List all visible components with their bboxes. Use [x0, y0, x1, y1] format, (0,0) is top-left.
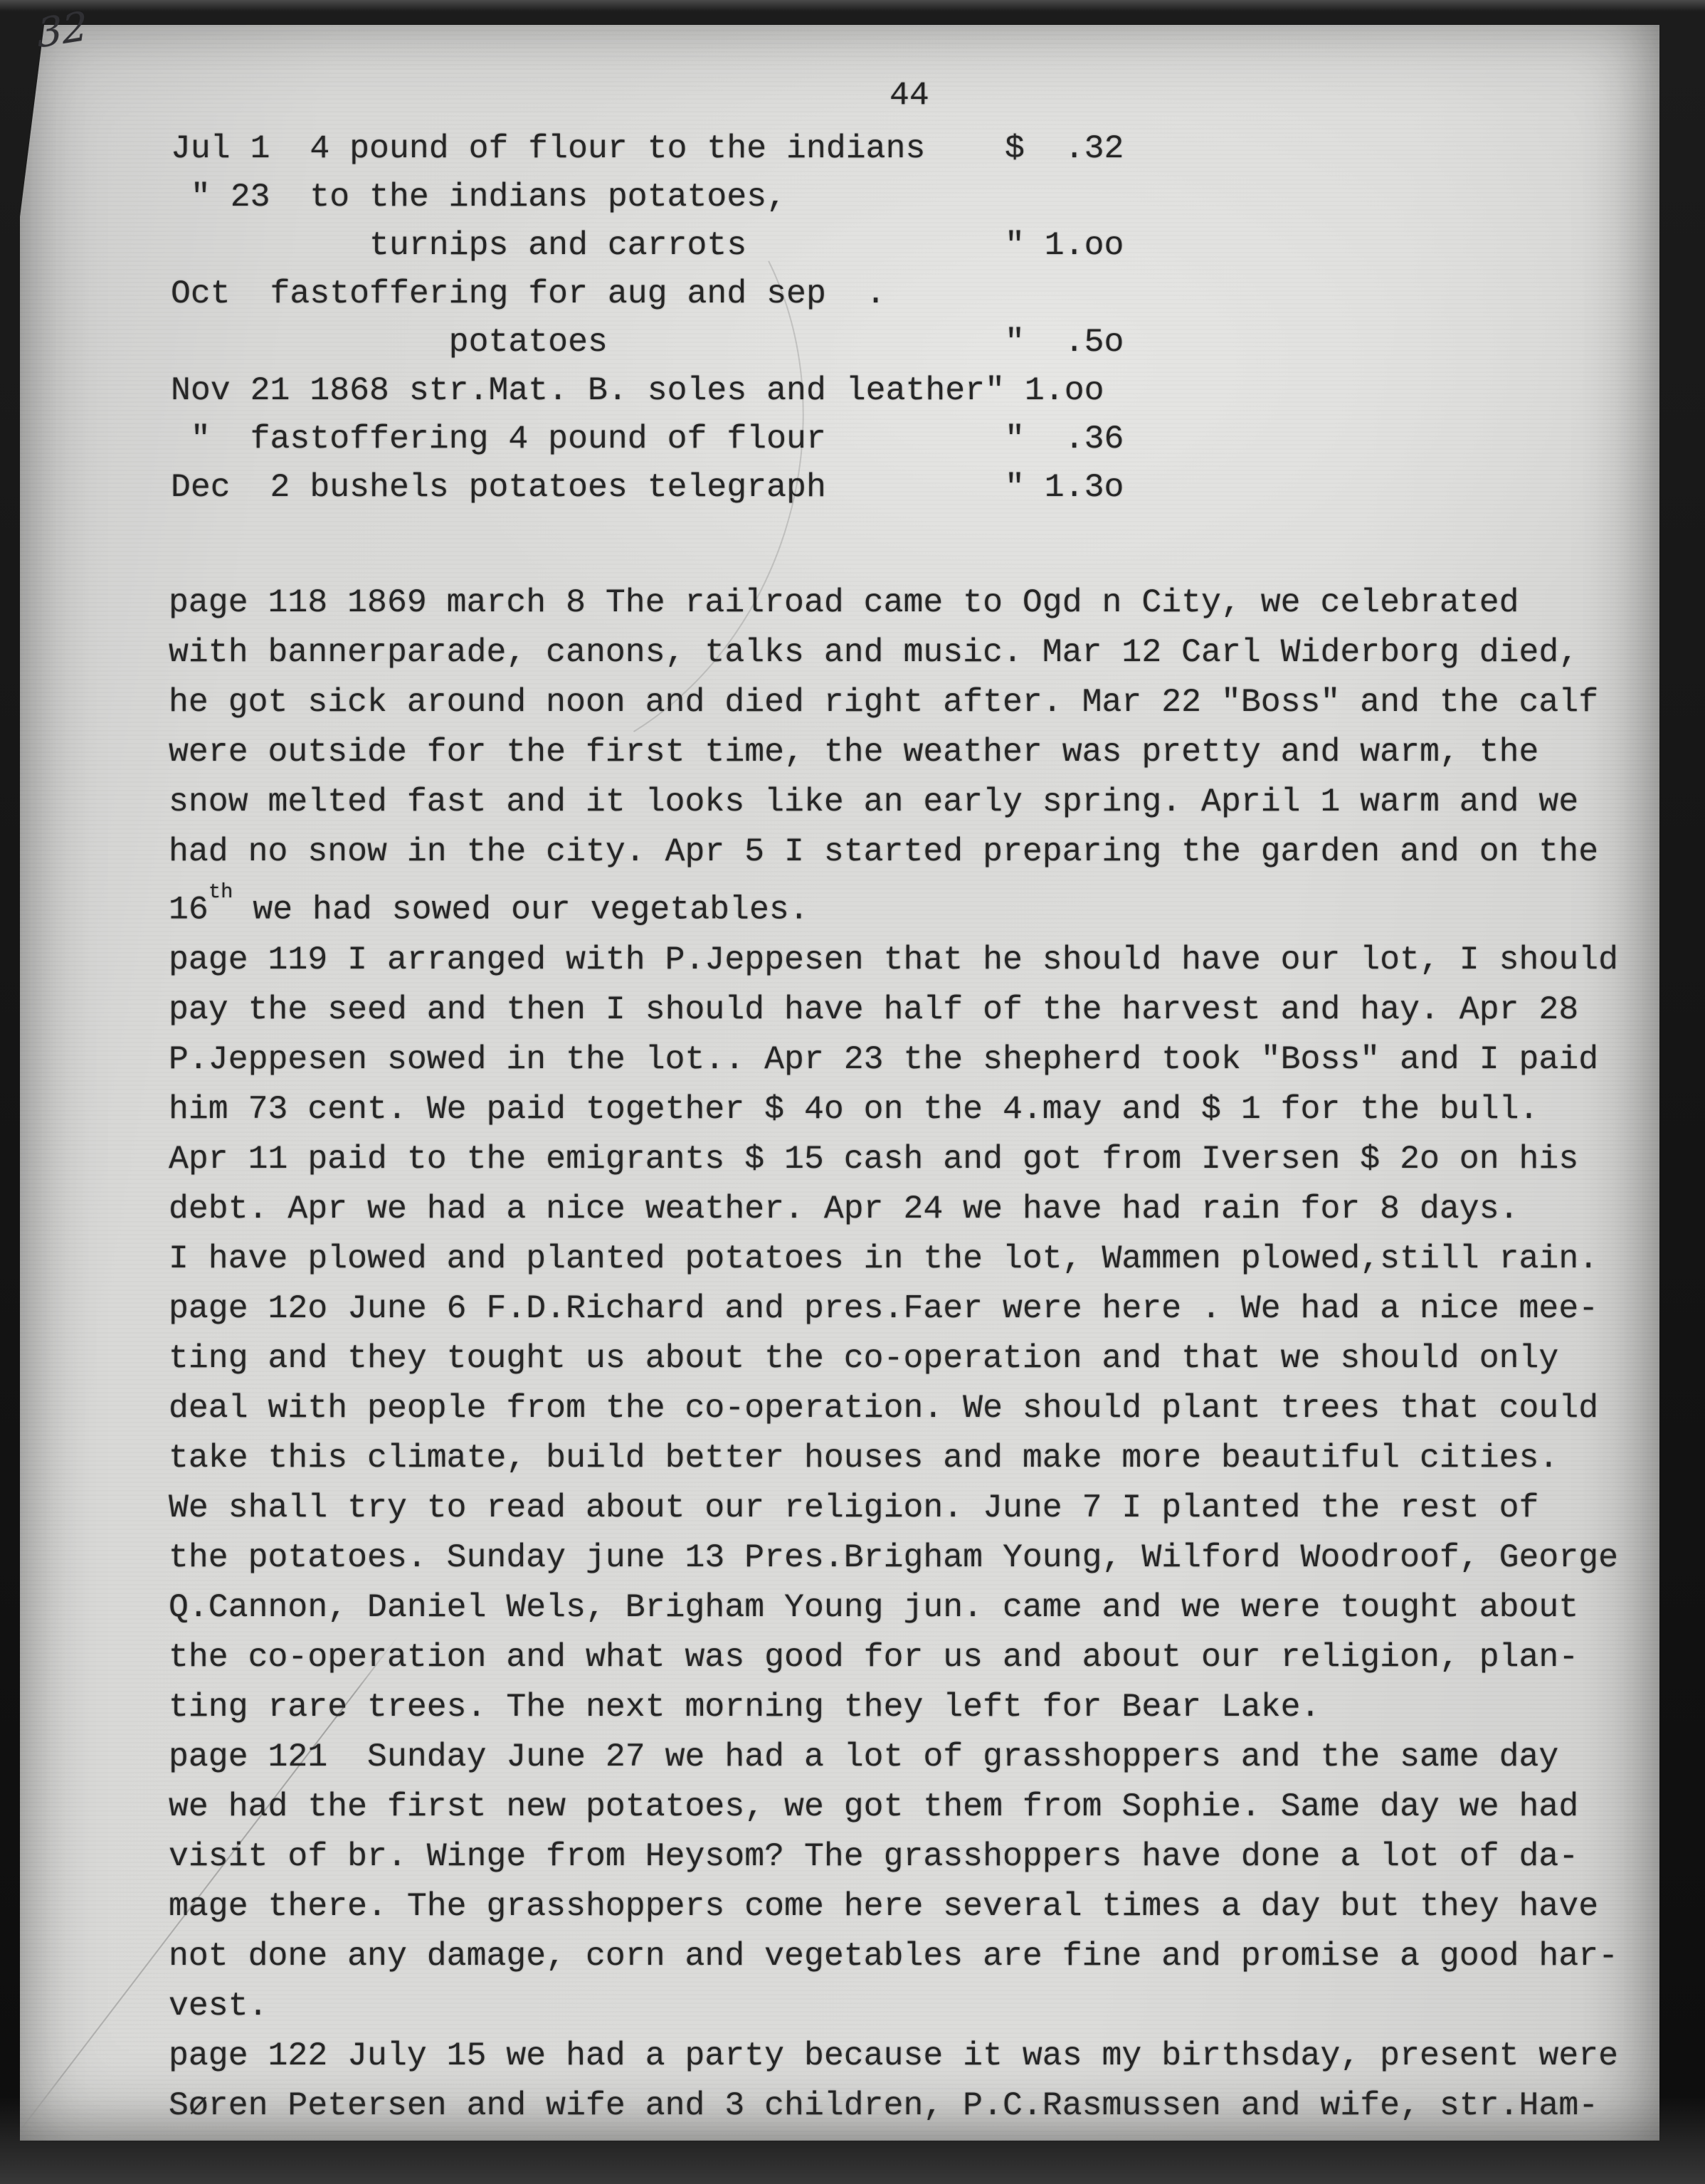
journal-line: were outside for the first time, the wea… — [169, 727, 1618, 777]
journal-line: page 118 1869 march 8 The railroad came … — [169, 578, 1618, 628]
ledger-line: turnips and carrots " 1.oo — [171, 221, 1124, 270]
ledger-line: " 23 to the indians potatoes, — [171, 173, 1124, 221]
journal-line: page 12o June 6 F.D.Richard and pres.Fae… — [169, 1284, 1618, 1334]
journal-line: I have plowed and planted potatoes in th… — [169, 1234, 1618, 1284]
journal-line: P.Jeppesen sowed in the lot.. Apr 23 the… — [169, 1035, 1618, 1085]
journal-line: ting rare trees. The next morning they l… — [169, 1682, 1618, 1732]
journal-line: the potatoes. Sunday june 13 Pres.Brigha… — [169, 1533, 1618, 1583]
journal-line: mage there. The grasshoppers come here s… — [169, 1882, 1618, 1931]
journal-line: visit of br. Winge from Heysom? The gras… — [169, 1832, 1618, 1882]
journal-line: not done any damage, corn and vegetables… — [169, 1931, 1618, 1981]
journal-line: he got sick around noon and died right a… — [169, 677, 1618, 727]
journal-line: take this climate, build better houses a… — [169, 1433, 1618, 1483]
ledger-line: " fastoffering 4 pound of flour " .36 — [171, 415, 1124, 463]
journal-line: Søren Petersen and wife and 3 children, … — [169, 2081, 1618, 2131]
journal-line: 16th we had sowed our vegetables. — [169, 877, 1618, 935]
journal-line: Q.Cannon, Daniel Wels, Brigham Young jun… — [169, 1583, 1618, 1632]
ledger-line: Oct fastoffering for aug and sep . — [171, 270, 1124, 318]
ledger-section: Jul 1 4 pound of flour to the indians $ … — [171, 125, 1124, 512]
typed-page-number: 44 — [890, 71, 929, 120]
journal-line: ting and they tought us about the co-ope… — [169, 1334, 1618, 1383]
ledger-line: Jul 1 4 pound of flour to the indians $ … — [171, 125, 1124, 173]
journal-line: we had the first new potatoes, we got th… — [169, 1782, 1618, 1832]
journal-line: page 121 Sunday June 27 we had a lot of … — [169, 1732, 1618, 1782]
journal-line: the co-operation and what was good for u… — [169, 1632, 1618, 1682]
journal-line: Apr 11 paid to the emigrants $ 15 cash a… — [169, 1134, 1618, 1184]
journal-line: page 122 July 15 we had a party because … — [169, 2031, 1618, 2081]
journal-line: had no snow in the city. Apr 5 I started… — [169, 827, 1618, 877]
scan-frame: 32 44 Jul 1 4 pound of flour to the indi… — [0, 0, 1705, 2184]
ledger-line: potatoes " .5o — [171, 318, 1124, 366]
journal-line: snow melted fast and it looks like an ea… — [169, 777, 1618, 827]
journal-line: with bannerparade, canons, talks and mus… — [169, 628, 1618, 677]
journal-line: pay the seed and then I should have half… — [169, 985, 1618, 1035]
ledger-line: Nov 21 1868 str.Mat. B. soles and leathe… — [171, 366, 1124, 415]
superscript: th — [208, 880, 233, 904]
journal-line: debt. Apr we had a nice weather. Apr 24 … — [169, 1184, 1618, 1234]
journal-text: page 118 1869 march 8 The railroad came … — [169, 578, 1618, 2131]
journal-line: deal with people from the co-operation. … — [169, 1383, 1618, 1433]
handwritten-page-ref: 32 — [36, 3, 89, 57]
journal-line: page 119 I arranged with P.Jeppesen that… — [169, 935, 1618, 985]
journal-line: vest. — [169, 1981, 1618, 2031]
ledger-line: Dec 2 bushels potatoes telegraph " 1.3o — [171, 463, 1124, 512]
journal-line: him 73 cent. We paid together $ 4o on th… — [169, 1085, 1618, 1134]
journal-line: We shall try to read about our religion.… — [169, 1483, 1618, 1533]
